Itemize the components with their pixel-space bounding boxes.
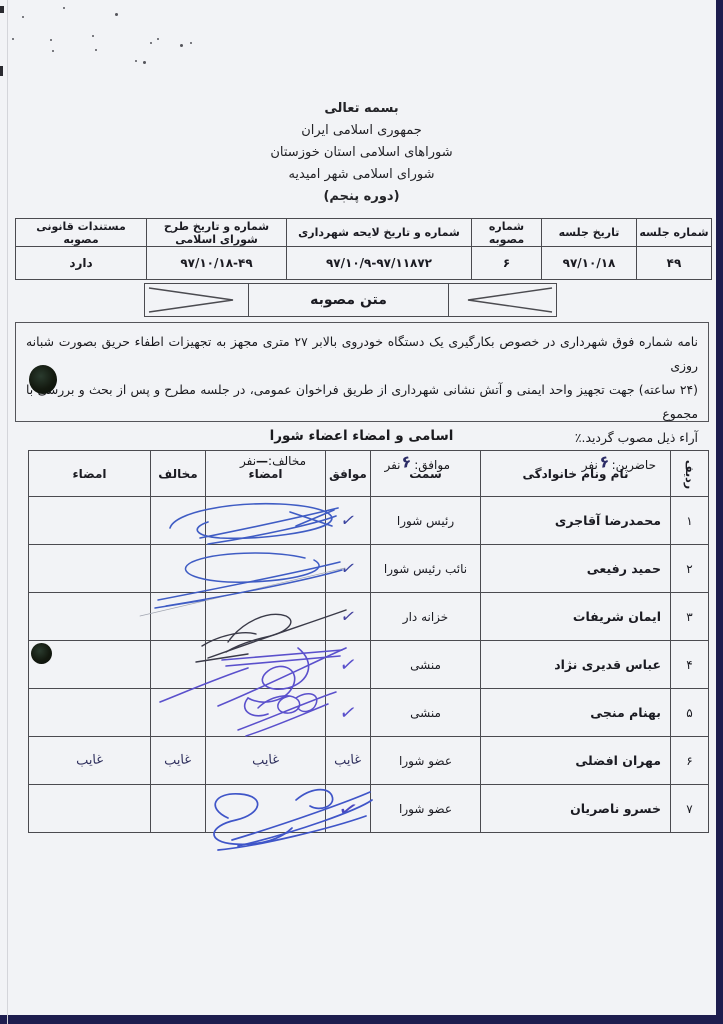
scan-speck <box>52 50 54 52</box>
member-row-2: ۲ حمید رفیعی نائب رئیس شورا ✓ <box>29 545 709 593</box>
agree-cell: غایب <box>326 737 371 785</box>
member-row-1: ۱ محمدرضا آقاجری رئیس شورا ✓ <box>29 497 709 545</box>
scan-speck <box>180 44 183 47</box>
row-no: ۳ <box>671 593 709 641</box>
agree-cell: ✓ <box>326 545 371 593</box>
hole-punch-top <box>29 365 57 394</box>
scan-speck <box>22 16 24 18</box>
signature-cell: غایب <box>206 737 326 785</box>
summary-header-session-date: تاریخ جلسه <box>542 219 637 247</box>
scan-speck <box>157 38 159 40</box>
signature-cell <box>206 641 326 689</box>
oppose-cell <box>151 641 206 689</box>
row-no: ۴ <box>671 641 709 689</box>
member-position: رئیس شورا <box>371 497 481 545</box>
header-name: نام ونام خانوادگی <box>481 451 671 497</box>
scan-speck <box>95 49 97 51</box>
signature-cell <box>206 497 326 545</box>
members-header-row: ردیف نام ونام خانوادگی سمت موافق امضاء م… <box>29 451 709 497</box>
member-position: عضو شورا <box>371 785 481 833</box>
header-row-no: ردیف <box>671 451 709 497</box>
member-name: حمید رفیعی <box>481 545 671 593</box>
letterhead: بسمه تعالی جمهوری اسلامی ایران شوراهای ا… <box>0 98 723 208</box>
summary-value-row: ۴۹ ۹۷/۱۰/۱۸ ۶ ۹۷/۱۰/۹-۹۷/۱۱۸۷۲ ۹۷/۱۰/۱۸-… <box>16 247 712 280</box>
signature-cell <box>206 785 326 833</box>
oppose-cell: غایب <box>151 737 206 785</box>
member-row-4: ۴ عباس قدیری نژاد منشی ✓ <box>29 641 709 689</box>
signature-cell <box>206 545 326 593</box>
row-no: ۷ <box>671 785 709 833</box>
oppose-cell <box>151 497 206 545</box>
member-position: منشی <box>371 641 481 689</box>
agree-checkmark: ✓ <box>336 795 361 822</box>
member-row-7: ۷ خسرو ناصریان عضو شورا ✓ <box>29 785 709 833</box>
resolution-text-box: نامه شماره فوق شهرداری در خصوص بکارگیری … <box>15 322 709 422</box>
row-no: ۶ <box>671 737 709 785</box>
agree-cell: ✓ <box>326 497 371 545</box>
hole-punch-bottom <box>31 643 52 664</box>
country-line: جمهوری اسلامی ایران <box>0 120 723 142</box>
scan-speck <box>92 35 94 37</box>
scan-speck <box>12 38 14 40</box>
agree-checkmark: ✓ <box>337 653 358 676</box>
scan-speck <box>190 42 192 44</box>
summary-value-session-no: ۴۹ <box>637 247 712 280</box>
council-line: شورای اسلامی شهر امیدیه <box>0 164 723 186</box>
signature2-cell <box>29 689 151 737</box>
scan-edge-bottom <box>0 1015 723 1024</box>
signature2-cell: غایب <box>29 737 151 785</box>
scan-speck <box>115 13 118 16</box>
summary-value-resolution-no: ۶ <box>472 247 542 280</box>
signature2-cell <box>29 545 151 593</box>
resolution-line-2: (۲۴ ساعته) جهت تجهیز واحد ایمنی و آتش نش… <box>26 378 698 426</box>
member-row-5: ۵ بهنام منجی منشی ✓ <box>29 689 709 737</box>
signature-cell <box>206 689 326 737</box>
agree-checkmark: ✓ <box>338 510 357 531</box>
row-no: ۱ <box>671 497 709 545</box>
member-position: خزانه دار <box>371 593 481 641</box>
oppose-cell <box>151 785 206 833</box>
scan-speck <box>150 42 152 44</box>
summary-header-resolution-no: شماره مصوبه <box>472 219 542 247</box>
oppose-cell <box>151 593 206 641</box>
banner-chevron-right-icon <box>145 284 248 316</box>
header-oppose: مخالف <box>151 451 206 497</box>
member-name: بهنام منجی <box>481 689 671 737</box>
member-position: عضو شورا <box>371 737 481 785</box>
absent-note-handwritten: غایب <box>252 752 280 768</box>
member-position: منشی <box>371 689 481 737</box>
scan-speck <box>50 39 52 41</box>
header-position: سمت <box>371 451 481 497</box>
resolution-text-banner: متن مصوبه <box>144 283 557 317</box>
banner-title: متن مصوبه <box>248 284 449 316</box>
summary-value-session-date: ۹۷/۱۰/۱۸ <box>542 247 637 280</box>
absent-note-handwritten: غایب <box>76 752 104 768</box>
summary-value-legal-docs: دارد <box>16 247 147 280</box>
member-name: محمدرضا آقاجری <box>481 497 671 545</box>
member-name: خسرو ناصریان <box>481 785 671 833</box>
banner-left-section <box>145 284 248 316</box>
scan-speck <box>135 60 137 62</box>
summary-header-bill: شماره و تاریخ لایحه شهرداری <box>287 219 472 247</box>
org-line: شوراهای اسلامی استان خوزستان <box>0 142 723 164</box>
period-line: (دوره پنجم) <box>0 186 723 208</box>
summary-header-row: شماره جلسه تاریخ جلسه شماره مصوبه شماره … <box>16 219 712 247</box>
agree-cell: ✓ <box>326 593 371 641</box>
member-name: ایمان شریفات <box>481 593 671 641</box>
member-name: عباس قدیری نژاد <box>481 641 671 689</box>
signature-cell <box>206 593 326 641</box>
agree-cell: ✓ <box>326 689 371 737</box>
member-row-6: ۶ مهران افضلی عضو شورا غایب غایب غایب غا… <box>29 737 709 785</box>
scanned-resolution-document: بسمه تعالی جمهوری اسلامی ایران شوراهای ا… <box>0 0 723 1024</box>
banner-right-section <box>449 284 556 316</box>
agree-cell: ✓ <box>326 641 371 689</box>
absent-note-handwritten: غایب <box>334 752 362 768</box>
members-signature-table: ردیف نام ونام خانوادگی سمت موافق امضاء م… <box>28 450 709 833</box>
signature2-cell <box>29 785 151 833</box>
basmala-line: بسمه تعالی <box>0 98 723 120</box>
header-signature: امضاء <box>206 451 326 497</box>
resolution-line-1: نامه شماره فوق شهرداری در خصوص بکارگیری … <box>26 330 698 378</box>
members-section-title: اسامی و امضاء اعضاء شورا <box>0 428 723 444</box>
member-position: نائب رئیس شورا <box>371 545 481 593</box>
oppose-cell <box>151 545 206 593</box>
summary-value-bill: ۹۷/۱۰/۹-۹۷/۱۱۸۷۲ <box>287 247 472 280</box>
scan-smudge <box>0 66 3 76</box>
summary-header-session-no: شماره جلسه <box>637 219 712 247</box>
summary-value-plan: ۹۷/۱۰/۱۸-۴۹ <box>147 247 287 280</box>
agree-checkmark: ✓ <box>338 606 357 627</box>
row-no: ۵ <box>671 689 709 737</box>
scan-smudge <box>0 6 4 13</box>
oppose-cell <box>151 689 206 737</box>
agree-checkmark: ✓ <box>337 701 358 724</box>
header-signature-2: امضاء <box>29 451 151 497</box>
scan-speck <box>63 7 65 9</box>
scan-speck <box>143 61 146 64</box>
resolution-summary-table: شماره جلسه تاریخ جلسه شماره مصوبه شماره … <box>15 218 712 280</box>
row-no: ۲ <box>671 545 709 593</box>
absent-note-handwritten: غایب <box>164 752 192 768</box>
signature2-cell <box>29 497 151 545</box>
header-row-no-label: ردیف <box>683 459 696 488</box>
member-row-3: ۳ ایمان شریفات خزانه دار ✓ <box>29 593 709 641</box>
member-name: مهران افضلی <box>481 737 671 785</box>
summary-header-legal-docs: مستندات قانونی مصوبه <box>16 219 147 247</box>
banner-chevron-left-icon <box>449 284 556 316</box>
signature2-cell <box>29 593 151 641</box>
agree-checkmark: ✓ <box>338 558 357 579</box>
header-agree: موافق <box>326 451 371 497</box>
summary-header-plan: شماره و تاریخ طرح شورای اسلامی <box>147 219 287 247</box>
agree-cell: ✓ <box>326 785 371 833</box>
